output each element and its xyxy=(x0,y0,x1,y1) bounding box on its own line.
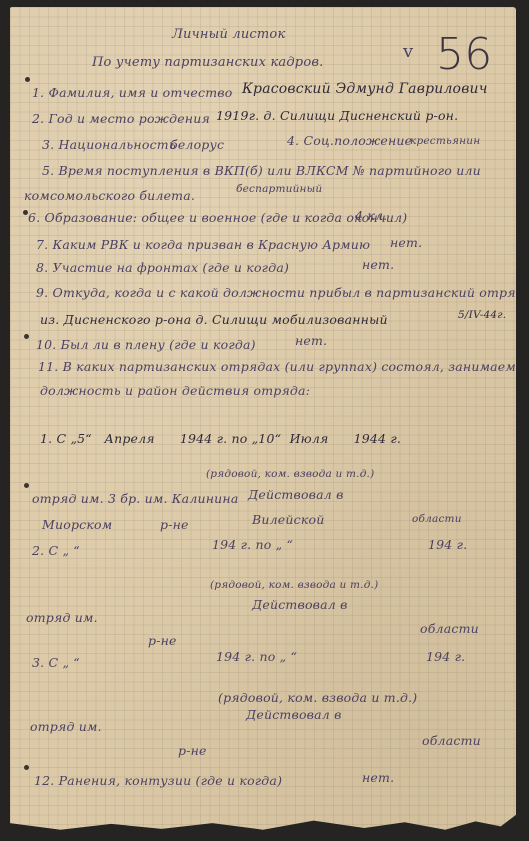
service-1-acted-in: Действовал в xyxy=(248,487,344,502)
document-title: Личный листок xyxy=(172,27,285,42)
field-8-value: нет. xyxy=(362,257,394,272)
field-1-label: 1. Фамилия, имя и отчество xyxy=(32,85,233,100)
field-3-label: 3. Национальность xyxy=(42,137,176,152)
field-1-value: Красовский Эдмунд Гаврилович xyxy=(242,81,488,97)
field-6-label: 6. Образование: общее и военное (где и к… xyxy=(28,210,407,225)
service-1-region-value: Вилейской xyxy=(252,512,325,527)
check-mark: v xyxy=(403,41,413,62)
punch-hole xyxy=(24,334,29,339)
field-3-value: белорус xyxy=(170,137,224,152)
service-1-district-value: Миорском xyxy=(42,517,112,532)
field-7-value: нет. xyxy=(390,235,422,250)
field-11-label-cont: должность и район действия отряда: xyxy=(40,383,310,398)
service-3-acted-in: Действовал в xyxy=(246,707,342,722)
document-sheet: Личный листок По учету партизанских кадр… xyxy=(10,7,516,833)
service-2-region-label: области xyxy=(420,621,479,636)
field-8-label: 8. Участие на фронтах (где и когда) xyxy=(36,260,289,275)
service-3-region-label: области xyxy=(422,733,481,748)
service-1-region-label: области xyxy=(412,513,462,525)
service-2-from: 2. С „ “ xyxy=(32,543,80,558)
service-1-district-label: р-не xyxy=(160,517,189,532)
field-2-label: 2. Год и место рождения xyxy=(32,111,210,126)
service-3-unit: отряд им. xyxy=(30,719,102,734)
field-5-label: 5. Время поступления в ВКП(б) или ВЛКСМ … xyxy=(42,163,481,178)
service-2-from-year: 194 г. по „ “ xyxy=(212,537,293,552)
document-subtitle: По учету партизанских кадров. xyxy=(92,55,323,70)
service-1-dates: 1. С „5“ Апреля 1944 г. по „10“ Июля 194… xyxy=(40,431,401,446)
field-9-date: 5/IV-44г. xyxy=(458,309,506,321)
punch-hole xyxy=(24,483,29,488)
field-12-label: 12. Ранения, контузии (где и когда) xyxy=(34,773,282,788)
service-3-district-label: р-не xyxy=(178,743,207,758)
service-3-from-year: 194 г. по „ “ xyxy=(216,649,297,664)
service-1-unit: отряд им. 3 бр. им. Калинина xyxy=(32,491,239,506)
field-7-label: 7. Каким РВК и когда призван в Красную А… xyxy=(36,237,370,252)
service-2-to-year: 194 г. xyxy=(428,537,467,552)
service-3-from: 3. С „ “ xyxy=(32,655,80,670)
field-4-label: 4. Соц.положение xyxy=(287,133,412,148)
punch-hole xyxy=(24,765,29,770)
service-3-to-year: 194 г. xyxy=(426,649,465,664)
service-2-unit: отряд им. xyxy=(26,610,98,625)
field-9-value: из. Дисненского р-она д. Силищи мобилизо… xyxy=(40,312,388,327)
service-2-district-label: р-не xyxy=(148,633,177,648)
field-4-value: крестьянин xyxy=(410,135,480,147)
field-9-label: 9. Откуда, когда и с какой должности при… xyxy=(36,285,524,300)
field-5-label-cont: комсомольского билета. xyxy=(24,188,195,203)
field-11-label: 11. В каких партизанских отрядах (или гр… xyxy=(38,359,529,374)
service-2-role-hint: (рядовой, ком. взвода и т.д.) xyxy=(210,579,378,591)
field-12-value: нет. xyxy=(362,770,394,785)
service-3-role-hint: (рядовой, ком. взвода и т.д.) xyxy=(218,690,417,705)
service-1-role-hint: (рядовой, ком. взвода и т.д.) xyxy=(206,468,374,480)
field-2-value: 1919г. д. Силищи Дисненский р-он. xyxy=(216,108,458,123)
field-5-value: беспартийный xyxy=(236,183,322,195)
document-number: 56 xyxy=(436,29,492,80)
service-2-acted-in: Действовал в xyxy=(252,597,348,612)
field-10-value: нет. xyxy=(295,333,327,348)
field-10-label: 10. Был ли в плену (где и когда) xyxy=(36,337,256,352)
field-6-value: 4 кл. xyxy=(355,208,387,223)
punch-hole xyxy=(25,77,30,82)
